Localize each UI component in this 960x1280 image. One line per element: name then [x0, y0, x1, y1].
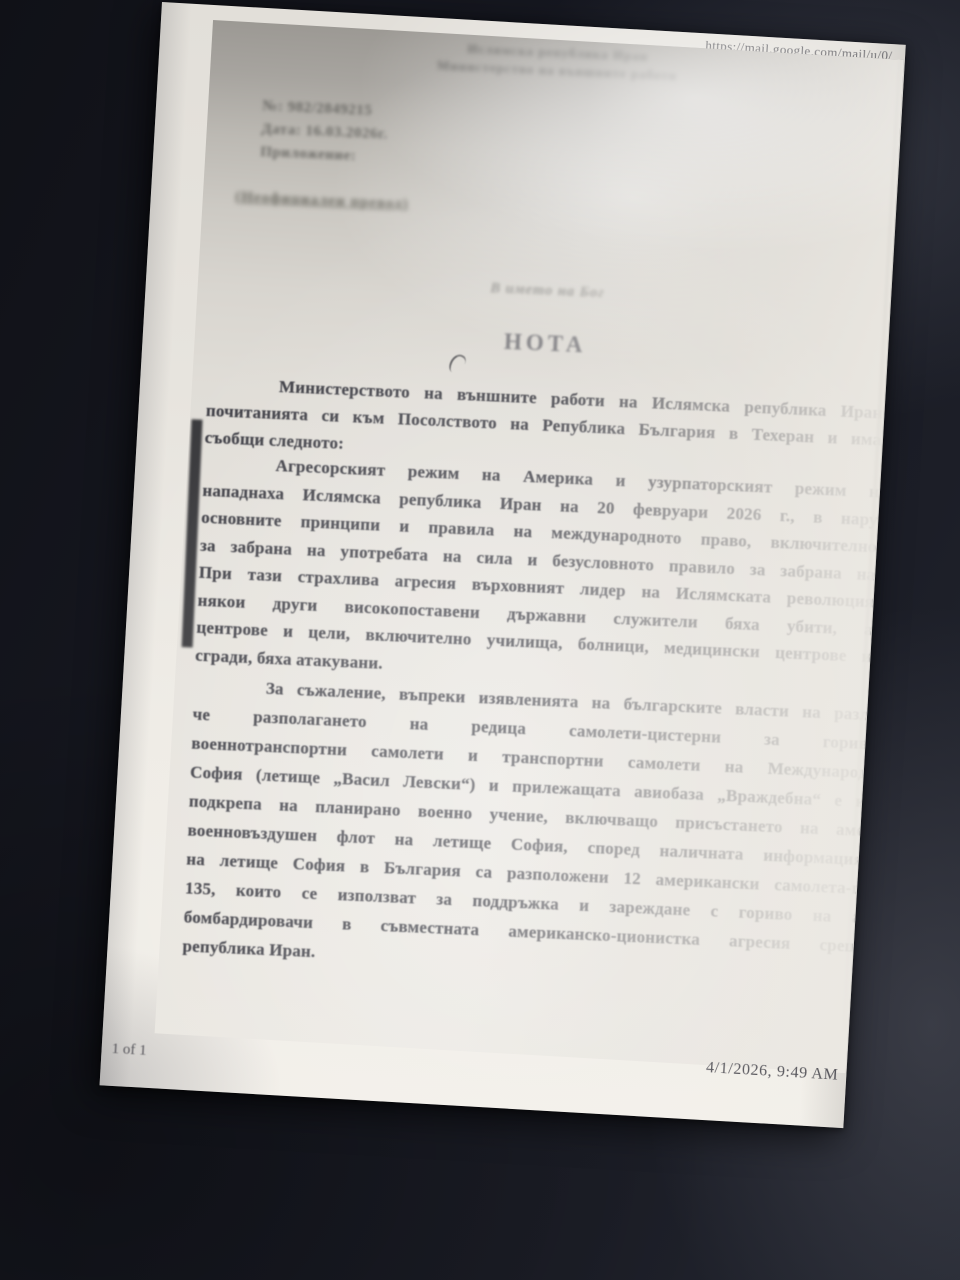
paragraph-3: За съжаление, въпреки изявленията на бъл…	[182, 671, 870, 990]
translation-note: (Неофициален превод)	[235, 189, 409, 214]
scan-content: Ислямска република Иран Министерство на …	[169, 25, 904, 1069]
document-title: НОТА	[199, 316, 891, 372]
scanned-document-image: Ислямска република Иран Министерство на …	[155, 20, 904, 1073]
letterhead: Ислямска република Иран Министерство на …	[211, 29, 904, 95]
paper-sheet: https://mail.google.com/mail/u/0/ Ислямс…	[100, 2, 906, 1128]
footer-page-number: 1 of 1	[111, 1041, 147, 1060]
invocation-line: В името на Бог	[201, 268, 893, 315]
paragraph-2: Агресорският режим на Америка и узурпато…	[195, 449, 880, 698]
reference-block: №: 982/2849215 Дата: 16.03.2026г. Прилож…	[260, 95, 389, 169]
pen-mark-artifact	[447, 352, 468, 376]
